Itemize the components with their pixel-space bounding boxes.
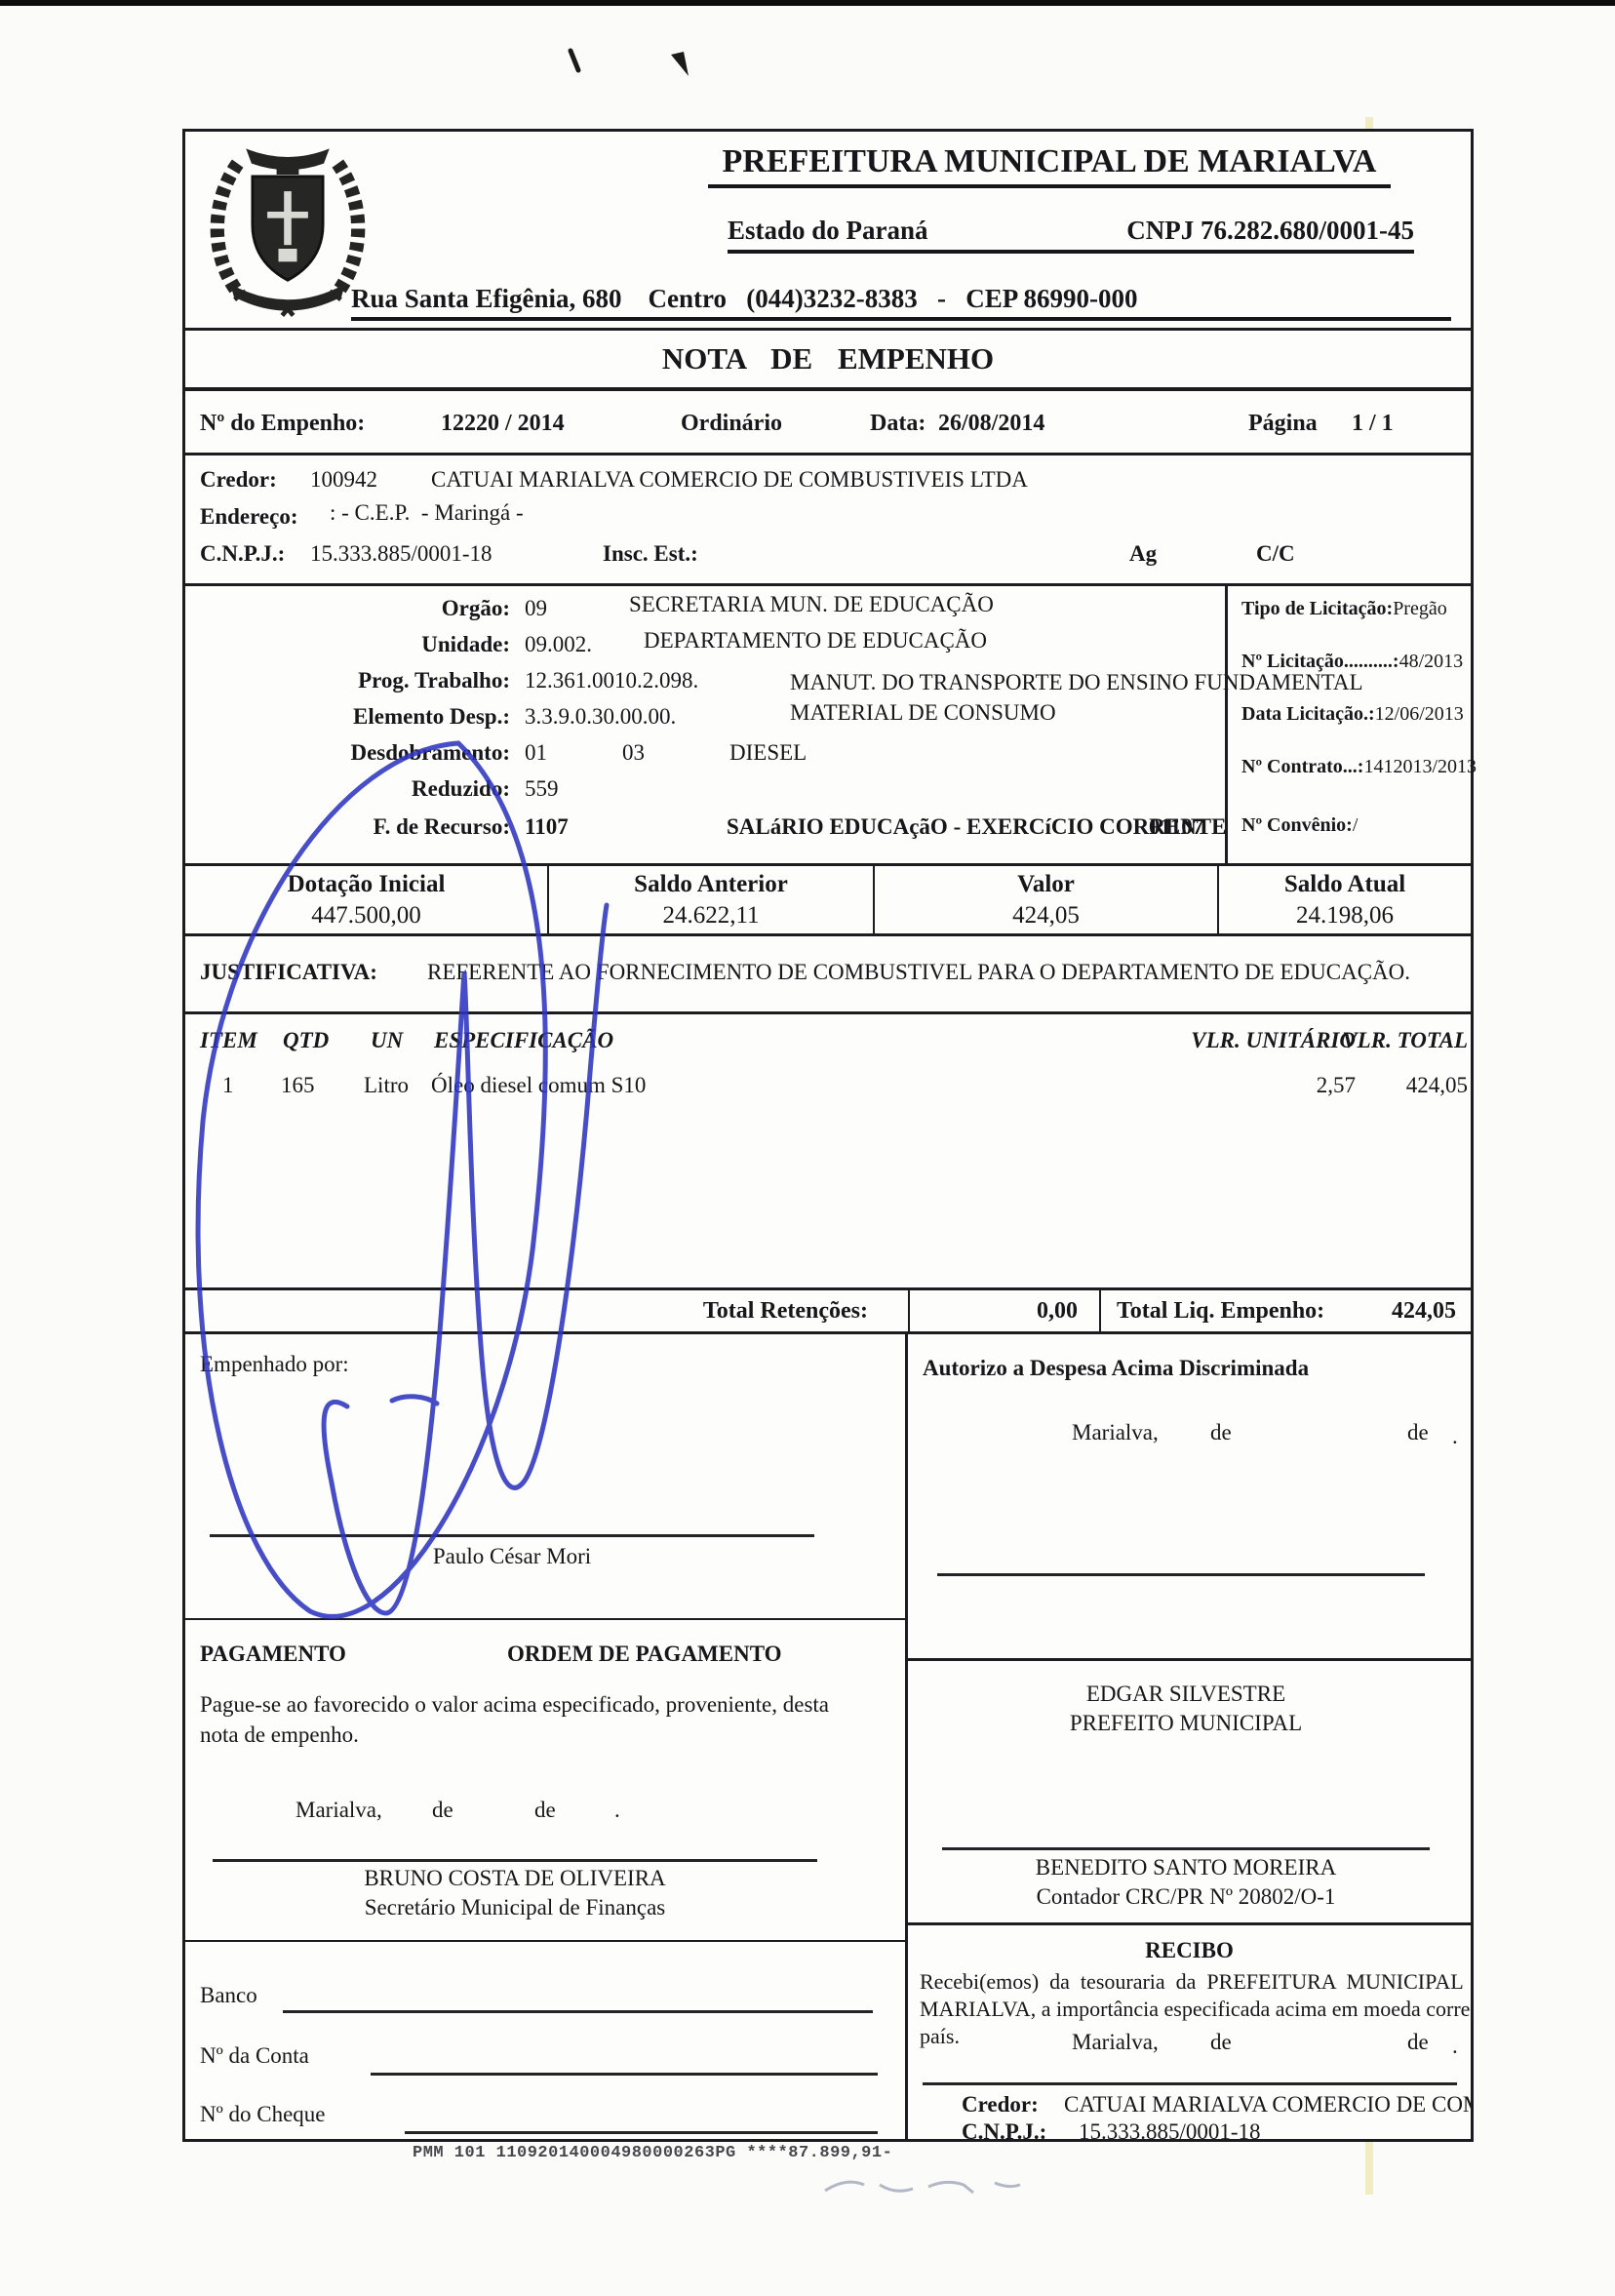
resource-source-label: F. de Recurso:	[185, 814, 510, 840]
totals-row: Total Retenções: 0,00 Total Liq. Empenho…	[185, 1290, 1471, 1334]
item-qty: 165	[281, 1073, 315, 1098]
organ-code: 09	[525, 596, 547, 621]
scan-edge-strip	[0, 0, 1615, 6]
breakdown-desc: DIESEL	[729, 740, 807, 766]
of-label: de	[432, 1798, 453, 1823]
breakdown-code2: 03	[622, 740, 645, 766]
document-type-band: NOTA DE EMPENHO	[185, 331, 1471, 391]
organ-desc: SECRETARIA MUN. DE EDUCAÇÃO	[629, 592, 994, 617]
of-label: de	[1407, 1420, 1429, 1445]
cheque-field-line	[405, 2131, 878, 2134]
contract-number-row: Nº Contrato...:1412013/2013	[1241, 756, 1477, 778]
balances-row: Dotação Inicial 447.500,00 Saldo Anterio…	[185, 866, 1471, 936]
bidding-number-row: Nº Licitação..........:48/2013	[1241, 651, 1463, 673]
faint-bottom-scribble	[825, 2182, 1020, 2193]
item-description: Óleo diesel comum S10	[431, 1073, 646, 1098]
expense-element-desc: MATERIAL DE CONSUMO	[790, 700, 1056, 726]
item-number: 1	[222, 1073, 234, 1098]
accountant-name: BENEDITO SANTO MOREIRA	[927, 1855, 1444, 1880]
of-label: de	[1210, 1420, 1232, 1445]
value-cell: Valor 424,05	[875, 866, 1217, 933]
address-label: Endereço:	[200, 504, 298, 530]
bidding-date-value: 12/06/2013	[1375, 703, 1464, 725]
bank-field-line	[283, 2010, 873, 2013]
agency-label: Ag	[1129, 541, 1157, 567]
work-program-label: Prog. Trabalho:	[185, 668, 510, 693]
page-label: Página	[1248, 411, 1318, 437]
payment-label: PAGAMENTO	[200, 1642, 346, 1667]
mayor-name: EDGAR SILVESTRE	[927, 1682, 1444, 1707]
receipt-text-line1: Recebi(emos) da tesouraria da PREFEITURA…	[920, 1969, 1459, 1995]
account-field-line	[371, 2073, 878, 2076]
date-value: 26/08/2014	[938, 411, 1044, 437]
mayor-title: PREFEITO MUNICIPAL	[927, 1711, 1444, 1736]
payment-text-line2: nota de empenho.	[200, 1722, 359, 1748]
justification-section: JUSTIFICATIVA: REFERENTE AO FORNECIMENTO…	[185, 936, 1471, 1014]
payment-order-label: ORDEM DE PAGAMENTO	[507, 1642, 782, 1667]
resource-source-number: 01107	[1149, 814, 1203, 840]
address-line: Rua Santa Efigênia, 680 Centro (044)3232…	[351, 284, 1451, 321]
scanned-page: PREFEITURA MUNICIPAL DE MARIALVA Estado …	[0, 0, 1615, 2296]
cheque-number-label: Nº do Cheque	[200, 2102, 326, 2127]
bank-label: Banco	[200, 1983, 257, 2008]
signature-line	[213, 1859, 817, 1862]
of-label: de	[1407, 2030, 1429, 2055]
work-program-code: 12.361.0010.2.098.	[525, 668, 698, 693]
payment-order-block: PAGAMENTO ORDEM DE PAGAMENTO Pague-se ao…	[185, 1622, 905, 1942]
resource-source-code: 1107	[525, 814, 569, 840]
organ-label: Orgão:	[185, 596, 510, 621]
budget-section: Orgão: 09 SECRETARIA MUN. DE EDUCAÇÃO Un…	[185, 586, 1471, 866]
receipt-creditor-label: Credor:	[962, 2092, 1039, 2118]
contract-number-value: 1412013/2013	[1363, 756, 1477, 777]
breakdown-code1: 01	[525, 740, 547, 766]
receipt-creditor-name: CATUAI MARIALVA COMERCIO DE COMBUSTIVEIS…	[1064, 2092, 1471, 2118]
col-item: ITEM	[200, 1028, 257, 1053]
value-value: 424,05	[875, 902, 1217, 930]
breakdown-label: Desdobramento:	[185, 740, 510, 766]
net-commitment-value: 424,05	[1317, 1298, 1456, 1325]
account-label: C/C	[1256, 541, 1295, 567]
finance-secretary-name: BRUNO COSTA DE OLIVEIRA	[213, 1866, 817, 1891]
bidding-date-label: Data Licitação.:	[1241, 703, 1375, 725]
dot-matrix-footer-code: PMM 101 110920140004980000263PG ****87.8…	[413, 2144, 892, 2162]
right-signature-column: Autorizo a Despesa Acima Discriminada Ma…	[908, 1334, 1471, 2139]
value-label: Valor	[875, 871, 1217, 898]
current-balance-label: Saldo Atual	[1219, 871, 1471, 898]
state-label: Estado do Paraná	[728, 216, 928, 246]
col-un: UN	[371, 1028, 403, 1053]
committed-by-label: Empenhado por:	[200, 1352, 349, 1377]
col-espec: ESPECIFICAÇÃO	[434, 1028, 613, 1053]
city-label: Marialva,	[1072, 1420, 1159, 1445]
small-pen-ticks	[571, 51, 689, 76]
period-mark: .	[614, 1798, 620, 1823]
receipt-text-line2: MARIALVA, a importância especificada aci…	[920, 1997, 1471, 2022]
previous-balance-cell: Saldo Anterior 24.622,11	[549, 866, 873, 933]
bidding-type-value: Pregão	[1393, 598, 1447, 619]
expense-element-label: Elemento Desp.:	[185, 704, 510, 730]
accountant-title: Contador CRC/PR Nº 20802/O-1	[927, 1884, 1444, 1910]
net-commitment-label: Total Liq. Empenho:	[1117, 1298, 1324, 1325]
page-title: PREFEITURA MUNICIPAL DE MARIALVA	[708, 143, 1391, 188]
items-table: ITEM QTD UN ESPECIFICAÇÃO VLR. UNITÁRIO …	[185, 1014, 1471, 1290]
bidding-number-value: 48/2013	[1399, 651, 1464, 672]
creditor-cnpj-value: 15.333.885/0001-18	[310, 541, 492, 567]
justification-label: JUSTIFICATIVA:	[200, 960, 377, 985]
date-label: Data:	[870, 411, 926, 437]
empenho-number-label: Nº do Empenho:	[200, 411, 365, 437]
document-header: PREFEITURA MUNICIPAL DE MARIALVA Estado …	[185, 132, 1471, 331]
agreement-number-value: /	[1353, 814, 1359, 836]
signature-line	[942, 1847, 1430, 1850]
mayor-block: EDGAR SILVESTRE PREFEITO MUNICIPAL BENED…	[908, 1664, 1471, 1925]
payment-text-line1: Pague-se ao favorecido o valor acima esp…	[200, 1692, 829, 1718]
creditor-label: Credor:	[200, 467, 277, 493]
creditor-code: 100942	[310, 467, 377, 493]
agreement-number-label: Nº Convênio:	[1241, 814, 1353, 836]
agreement-number-row: Nº Convênio:/	[1241, 814, 1358, 837]
unit-code: 09.002.	[525, 632, 592, 657]
initial-allocation-value: 447.500,00	[185, 902, 547, 930]
contract-number-label: Nº Contrato...:	[1241, 756, 1363, 777]
authorization-block: Autorizo a Despesa Acima Discriminada Ma…	[908, 1334, 1471, 1661]
initial-allocation-label: Dotação Inicial	[185, 871, 547, 898]
empenho-type: Ordinário	[681, 411, 782, 437]
divider	[908, 1290, 910, 1331]
receipt-block: RECIBO Recebi(emos) da tesouraria da PRE…	[908, 1928, 1471, 2139]
of-label: de	[534, 1798, 556, 1823]
bank-block: Banco Nº da Conta Nº do Cheque	[185, 1944, 905, 2139]
committed-by-name: Paulo César Mori	[210, 1544, 814, 1569]
item-unit: Litro	[364, 1073, 409, 1098]
reduced-code: 559	[525, 776, 559, 802]
creditor-section: Credor: 100942 CATUAI MARIALVA COMERCIO …	[185, 455, 1471, 586]
period-mark: .	[1452, 2034, 1458, 2059]
item-total-price: 424,05	[1331, 1073, 1468, 1098]
reduced-label: Reduzido:	[185, 776, 510, 802]
finance-secretary-title: Secretário Municipal de Finanças	[213, 1895, 817, 1920]
committed-by-block: Empenhado por: Paulo César Mori	[185, 1334, 905, 1620]
previous-balance-label: Saldo Anterior	[549, 871, 873, 898]
unit-label: Unidade:	[185, 632, 510, 657]
address-value: : - C.E.P. - Maringá -	[330, 500, 524, 526]
unit-desc: DEPARTAMENTO DE EDUCAÇÃO	[644, 628, 987, 653]
period-mark: .	[1452, 1424, 1458, 1449]
receipt-text-line3: país.	[920, 2024, 960, 2049]
bidding-number-label: Nº Licitação..........:	[1241, 651, 1399, 672]
signature-line	[937, 1573, 1425, 1576]
receipt-cnpj-value: 15.333.885/0001-18	[1079, 2119, 1261, 2139]
left-signature-column: Empenhado por: Paulo César Mori PAGAMENT…	[185, 1334, 908, 2139]
current-balance-value: 24.198,06	[1219, 902, 1471, 930]
creditor-name: CATUAI MARIALVA COMERCIO DE COMBUSTIVEIS…	[431, 467, 1028, 493]
of-label: de	[1210, 2030, 1232, 2055]
signature-line	[923, 2082, 1457, 2085]
state-registration-label: Insc. Est.:	[603, 541, 698, 567]
receipt-label: RECIBO	[908, 1938, 1471, 1963]
account-number-label: Nº da Conta	[200, 2043, 309, 2069]
signature-line	[210, 1534, 814, 1537]
bidding-box: Tipo de Licitação:Pregão Nº Licitação...…	[1225, 586, 1471, 863]
empenho-row: Nº do Empenho: 12220 / 2014 Ordinário Da…	[185, 391, 1471, 455]
empenho-number: 12220 / 2014	[441, 411, 565, 437]
previous-balance-value: 24.622,11	[549, 902, 873, 930]
creditor-cnpj-label: C.N.P.J.:	[200, 541, 285, 567]
col-vlr-total: VLR. TOTAL	[1321, 1028, 1468, 1053]
city-label: Marialva,	[295, 1798, 382, 1823]
initial-allocation-cell: Dotação Inicial 447.500,00	[185, 866, 547, 933]
expense-element-code: 3.3.9.0.30.00.00.	[525, 704, 676, 730]
justification-text: REFERENTE AO FORNECIMENTO DE COMBUSTIVEL…	[427, 960, 1410, 985]
city-label: Marialva,	[1072, 2030, 1159, 2055]
divider	[1099, 1290, 1101, 1331]
retentions-value: 0,00	[926, 1298, 1078, 1325]
cnpj-label: CNPJ 76.282.680/0001-45	[1126, 216, 1414, 246]
header-line2: Estado do Paraná CNPJ 76.282.680/0001-45	[728, 216, 1414, 254]
bidding-date-row: Data Licitação.:12/06/2013	[1241, 703, 1464, 726]
signatures-section: Empenhado por: Paulo César Mori PAGAMENT…	[185, 1334, 1471, 2139]
receipt-cnpj-label: C.N.P.J.:	[962, 2119, 1046, 2139]
nota-de-empenho-document: PREFEITURA MUNICIPAL DE MARIALVA Estado …	[182, 129, 1474, 2142]
page-value: 1 / 1	[1352, 411, 1394, 437]
retentions-label: Total Retenções:	[614, 1298, 868, 1325]
bidding-type-row: Tipo de Licitação:Pregão	[1241, 598, 1447, 620]
current-balance-cell: Saldo Atual 24.198,06	[1219, 866, 1471, 933]
bidding-type-label: Tipo de Licitação:	[1241, 598, 1393, 619]
authorization-label: Autorizo a Despesa Acima Discriminada	[923, 1356, 1309, 1381]
col-qtd: QTD	[283, 1028, 329, 1053]
